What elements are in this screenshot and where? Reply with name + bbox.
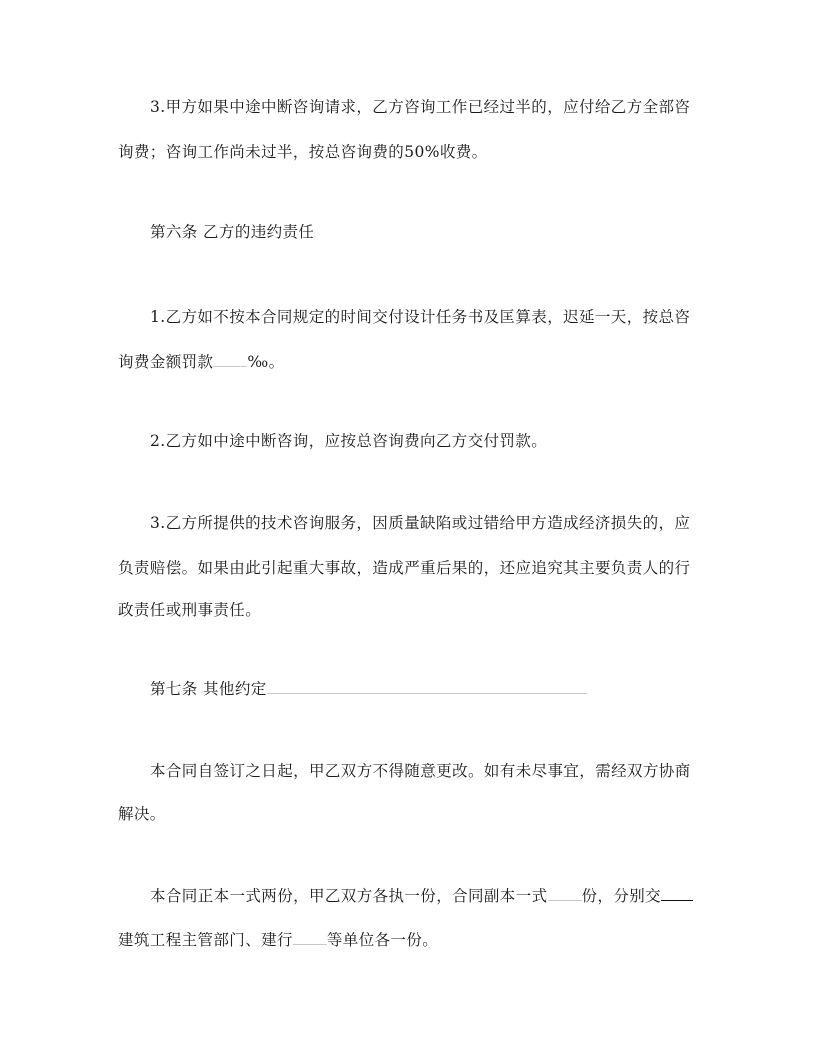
paragraph-5-3-line-1: 3.甲方如果中途中断咨询请求，乙方咨询工作已经过半的，应付给乙方全部咨 (150, 97, 730, 117)
paragraph-7-2-text-c: 建筑工程主管部门、建行 (118, 931, 293, 949)
article-6-heading: 第六条 乙方的违约责任 (150, 222, 730, 242)
copies-count-blank[interactable] (548, 886, 582, 901)
paragraph-7-2-line-1: 本合同正本一式两份，甲乙双方各执一份，合同副本一式份，分别交 (150, 886, 730, 906)
paragraph-7-1-line-2: 解决。 (118, 804, 698, 824)
other-agreements-blank[interactable] (267, 679, 587, 694)
paragraph-7-2-text-a: 本合同正本一式两份，甲乙双方各执一份，合同副本一式 (150, 887, 548, 905)
paragraph-5-3-line-2: 询费；咨询工作尚未过半，按总咨询费的50%收费。 (118, 142, 698, 162)
paragraph-7-2-line-2: 建筑工程主管部门、建行等单位各一份。 (118, 930, 698, 950)
bank-branch-blank[interactable] (293, 930, 327, 945)
article-7-line: 第七条 其他约定 (150, 679, 730, 699)
paragraph-6-1-line-2: 询费金额罚款‰。 (118, 352, 698, 372)
paragraph-6-1-text: 询费金额罚款 (118, 353, 213, 371)
penalty-rate-blank[interactable] (213, 352, 247, 367)
recipient-blank[interactable] (661, 886, 693, 901)
paragraph-6-1-line-1: 1.乙方如不按本合同规定的时间交付设计任务书及匡算表，迟延一天，按总咨 (150, 307, 730, 327)
paragraph-6-2: 2.乙方如中途中断咨询，应按总咨询费向乙方交付罚款。 (150, 431, 730, 451)
paragraph-7-2-text-d: 等单位各一份。 (327, 931, 438, 949)
article-7-heading: 第七条 其他约定 (150, 680, 267, 698)
paragraph-6-3-line-3: 政责任或刑事责任。 (118, 600, 698, 620)
paragraph-7-2-text-b: 份，分别交 (582, 887, 662, 905)
paragraph-6-3-line-2: 负责赔偿。如果由此引起重大事故，造成严重后果的，还应追究其主要负责人的行 (118, 558, 698, 578)
paragraph-6-3-line-1: 3.乙方所提供的技术咨询服务，因质量缺陷或过错给甲方造成经济损失的，应 (150, 513, 730, 533)
permille-text: ‰。 (247, 353, 284, 371)
paragraph-7-1-line-1: 本合同自签订之日起，甲乙双方不得随意更改。如有未尽事宜，需经双方协商 (150, 761, 730, 781)
